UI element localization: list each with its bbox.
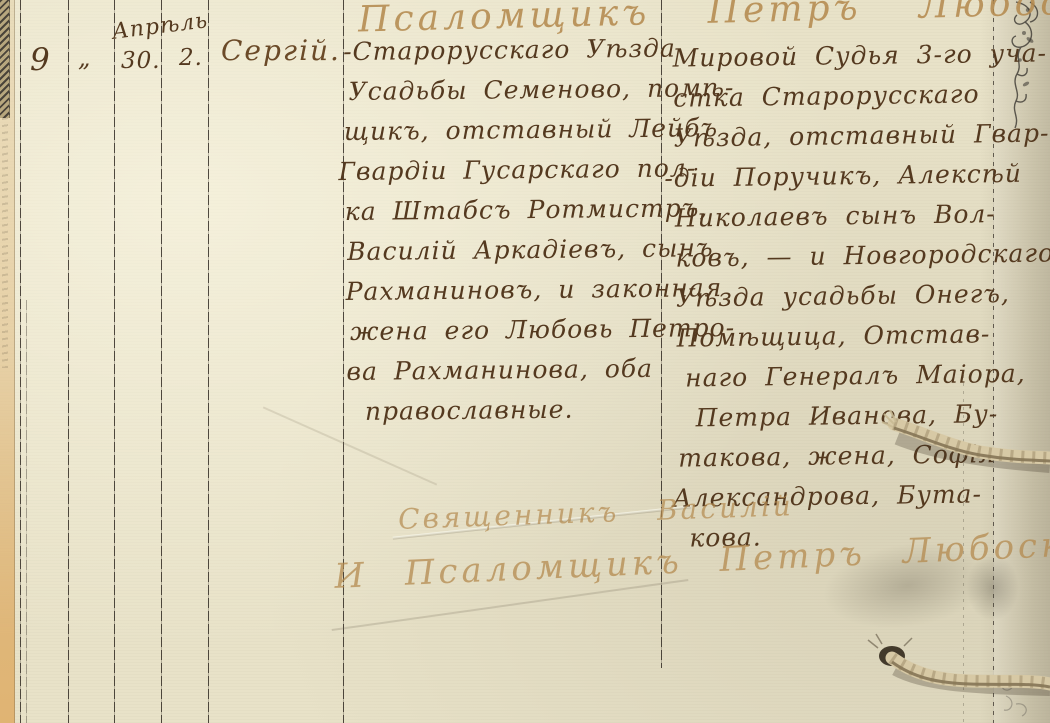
column-rule xyxy=(114,0,115,723)
ornamental-border-left xyxy=(0,0,10,118)
witnesses-line: Николаевъ сынъ Вол- xyxy=(675,193,1050,238)
birth-day-cell: 30. xyxy=(121,48,161,74)
witnesses-line: Уѣзда, отставный Гвар- xyxy=(674,113,1050,158)
witnesses-line: наго Генералъ Маіора, xyxy=(685,353,1050,398)
page-edge-texture xyxy=(2,118,8,368)
witnesses-line: Мировой Судья 3-го уча- xyxy=(672,33,1050,78)
witnesses-line: -діи Поручикъ, Алексѣй xyxy=(664,153,1050,198)
baptism-day-cell: 2. xyxy=(179,45,203,71)
witnesses-line: ковъ, — и Новгородскаго xyxy=(675,233,1050,278)
witnesses-line: Помѣщица, Отстав- xyxy=(676,313,1050,358)
column-rule xyxy=(161,0,162,723)
binding-cord-lower xyxy=(866,632,1050,712)
metric-book-page: { "entry": { "number": "9", "ditto_mark"… xyxy=(0,0,1050,723)
binding-cord-upper xyxy=(878,402,1050,486)
witnesses-line: Уѣзда усадьбы Онегъ, xyxy=(676,273,1050,318)
column-rule xyxy=(68,0,69,723)
name-cell: Сергій. xyxy=(221,34,341,67)
column-rule xyxy=(26,300,27,723)
column-rule xyxy=(208,0,209,723)
entry-number-cell: 9 xyxy=(30,42,51,78)
ditto-mark-cell: „ xyxy=(78,44,91,72)
witnesses-line: стка Старорусскаго xyxy=(673,73,1050,118)
column-rule xyxy=(20,0,21,723)
